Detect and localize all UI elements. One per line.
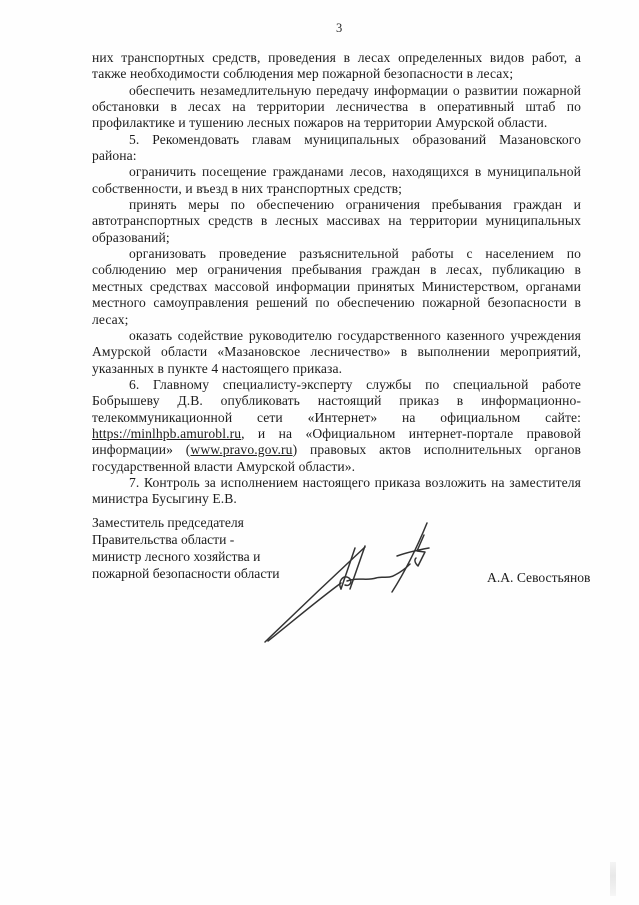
paragraph-item-5: 5. Рекомендовать главам муниципальных об…: [92, 132, 581, 165]
paragraph-continuation: них транспортных средств, проведения в л…: [92, 50, 581, 83]
page-number: 3: [336, 21, 342, 36]
signatory-name: А.А. Севостьянов: [487, 570, 590, 586]
scan-artifact: [610, 862, 616, 896]
minlhpb-site-url: https://minlhpb.amurobl.ru: [92, 426, 241, 441]
document-page: 3 них транспортных средств, проведения в…: [0, 0, 639, 905]
handwritten-signature: [240, 485, 460, 660]
paragraph-restrict-visits: ограничить посещение гражданами лесов, н…: [92, 164, 581, 197]
paragraph-organize-outreach: организовать проведение разъяснительной …: [92, 246, 581, 328]
paragraph-ensure-info: обеспечить незамедлительную передачу инф…: [92, 83, 581, 132]
document-body: них транспортных средств, проведения в л…: [92, 50, 581, 508]
pravo-gov-url: www.pravo.gov.ru: [190, 442, 292, 457]
paragraph-assist-institution: оказать содействие руководителю государс…: [92, 328, 581, 377]
item6-text-before: 6. Главному специалисту-эксперту службы …: [92, 377, 581, 425]
paragraph-item-6: 6. Главному специалисту-эксперту службы …: [92, 377, 581, 475]
paragraph-take-measures: принять меры по обеспечению ограничения …: [92, 197, 581, 246]
